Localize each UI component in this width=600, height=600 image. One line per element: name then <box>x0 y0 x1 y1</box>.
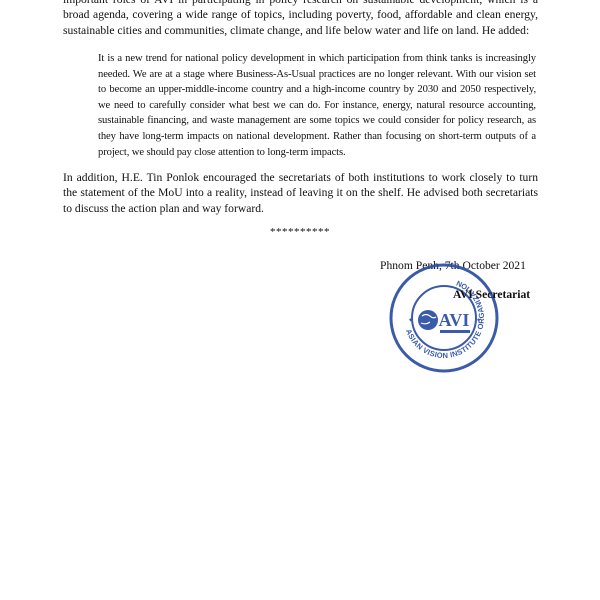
section-separator: ********** <box>0 226 600 238</box>
stamp-center-text: AVI <box>439 310 470 330</box>
signature-line: AVI Secretariat <box>453 288 530 301</box>
organization-stamp-icon: ASIAN VISION INSTITUTE ORGANIZATION AVI … <box>388 262 500 374</box>
svg-text:✦: ✦ <box>476 317 481 324</box>
body-paragraph-2: In addition, H.E. Tin Ponlok encouraged … <box>63 170 538 216</box>
svg-text:✦: ✦ <box>408 317 413 324</box>
body-paragraph-1: important roles of AVI in participating … <box>63 0 538 38</box>
quote-block: It is a new trend for national policy de… <box>98 51 536 160</box>
document-page: important roles of AVI in participating … <box>0 0 600 600</box>
